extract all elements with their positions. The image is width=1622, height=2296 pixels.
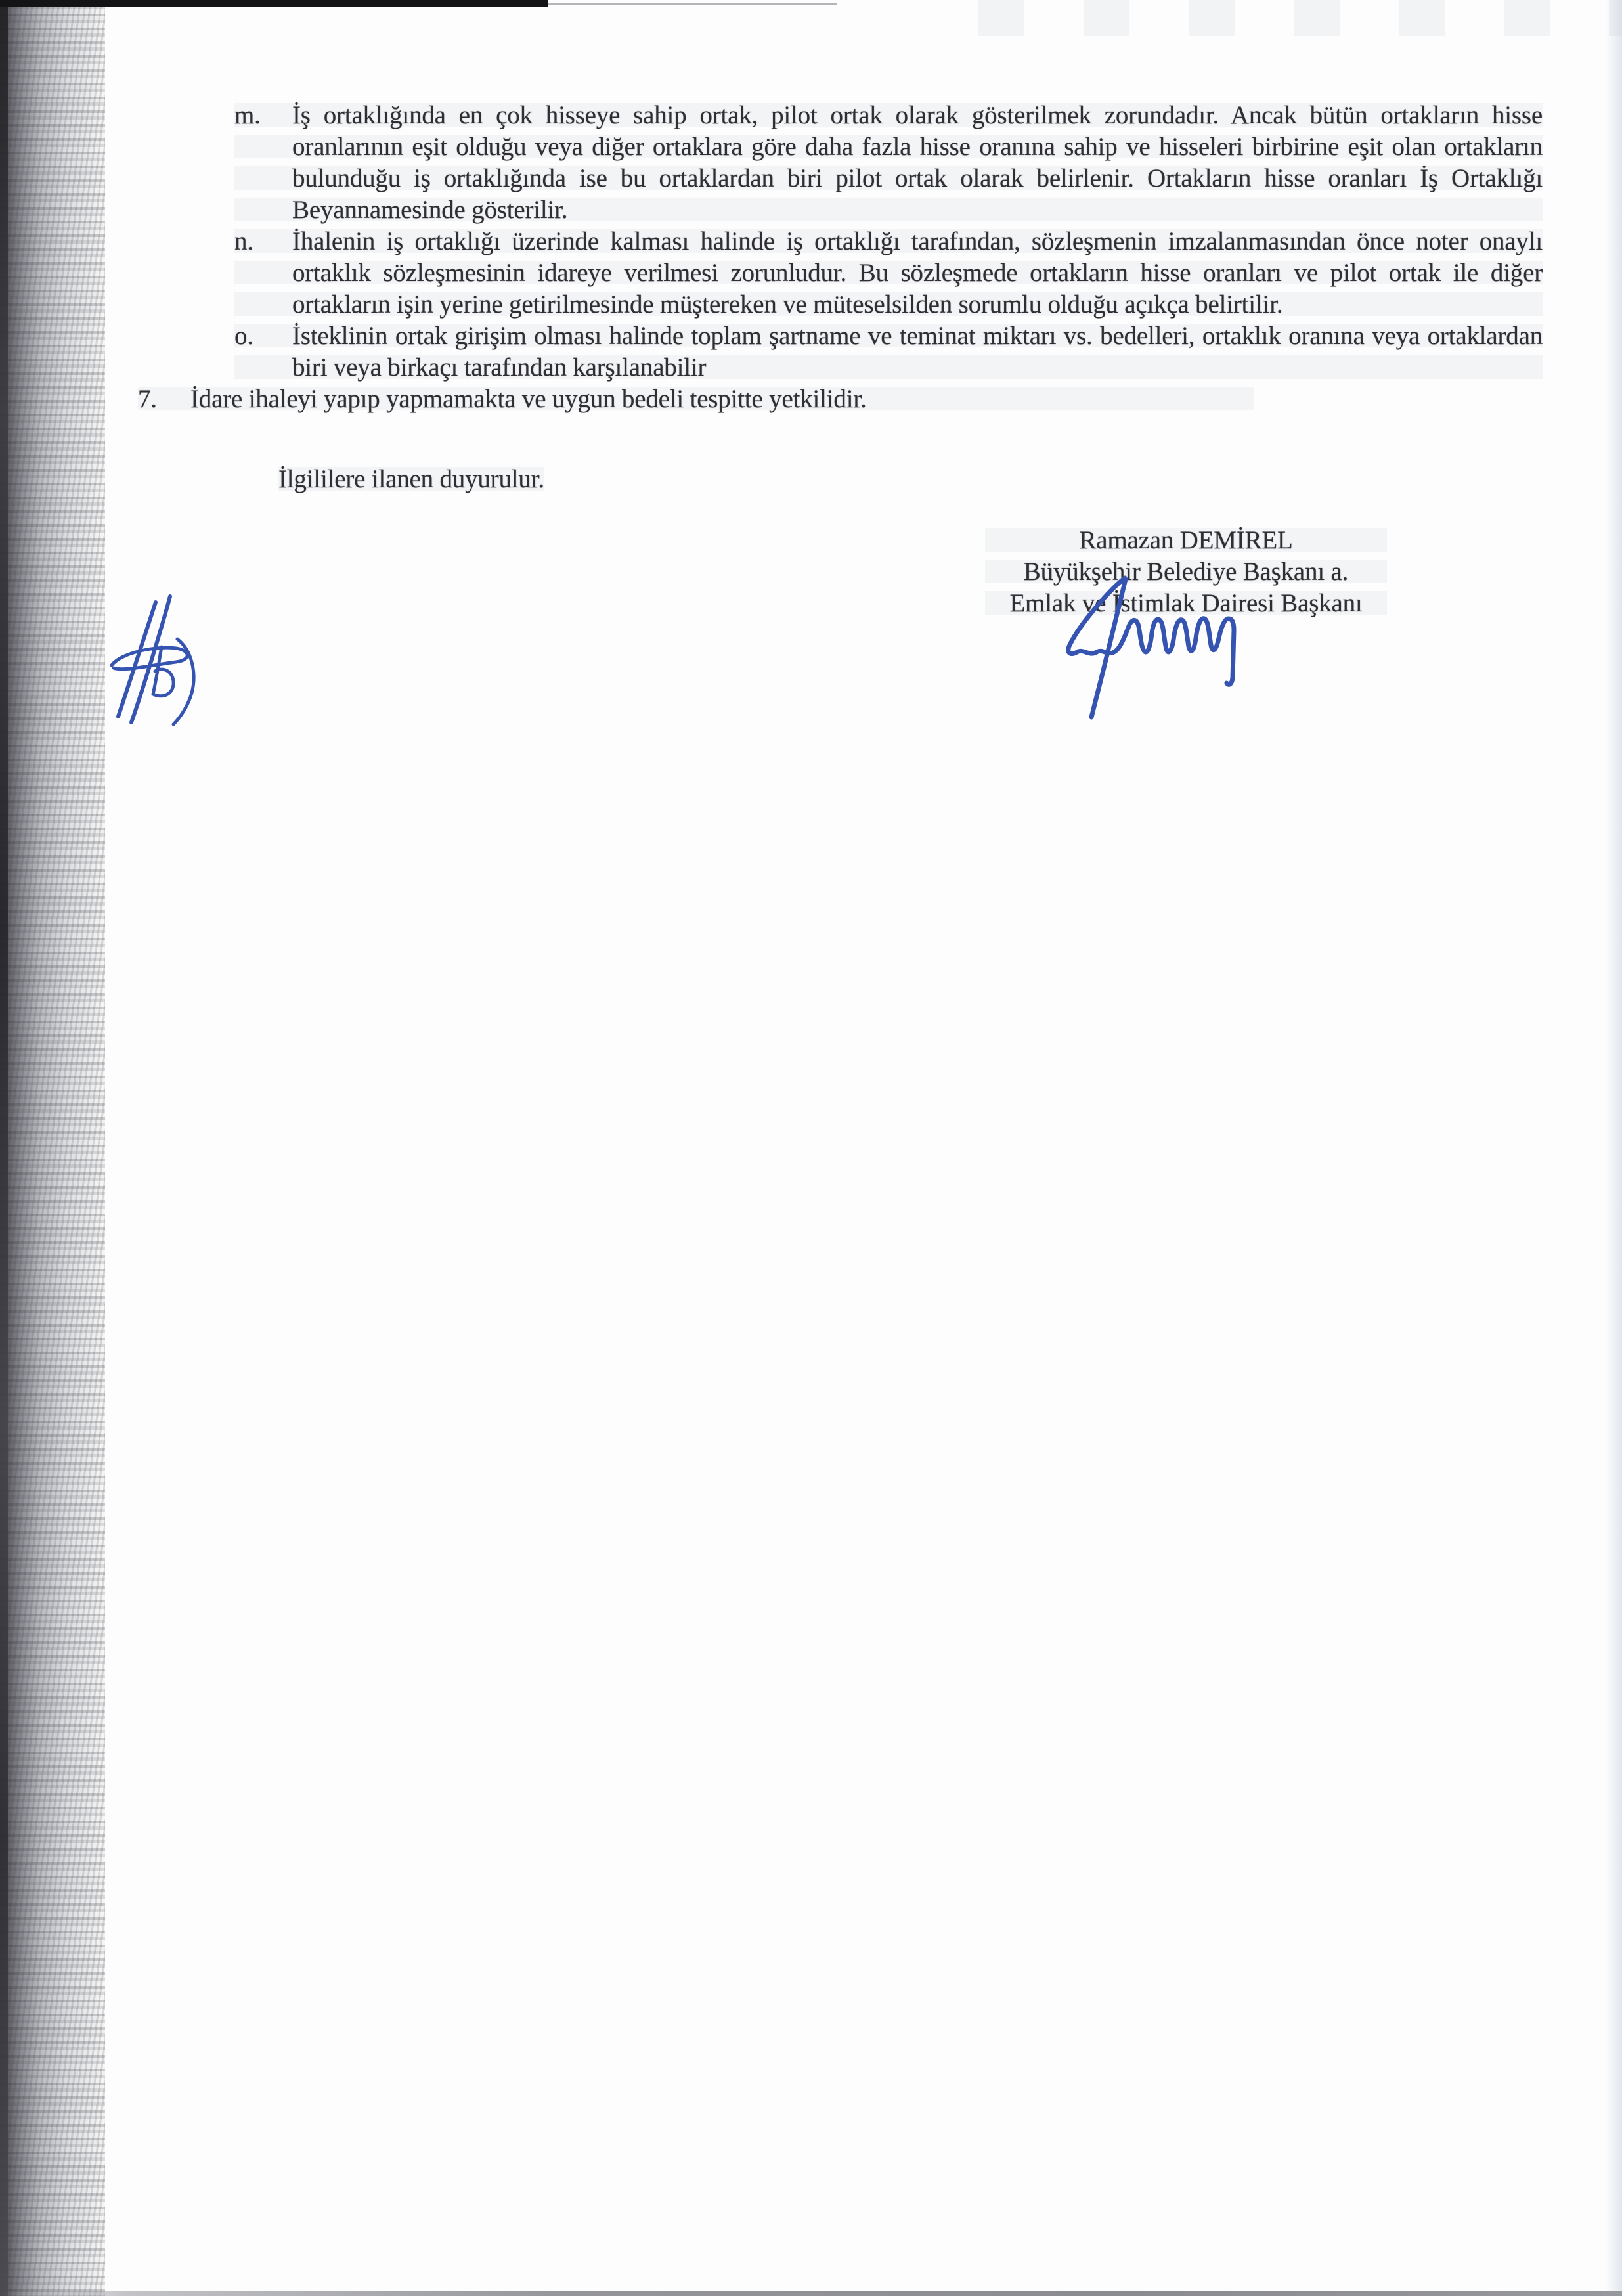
list-item-label: n.	[234, 226, 253, 257]
document-text-layer: m. İş ortaklığında en çok hisseye sahip …	[0, 0, 1622, 2296]
signature-ink	[1038, 560, 1248, 734]
initials-paraph-ink	[92, 588, 223, 736]
list-item-m: m. İş ortaklığında en çok hisseye sahip …	[234, 100, 1543, 226]
scanned-page: m. İş ortaklığında en çok hisseye sahip …	[0, 0, 1622, 2296]
list-item-label: m.	[234, 100, 261, 131]
list-item-7: 7. İdare ihaleyi yapıp yapmamakta ve uyg…	[138, 384, 1254, 415]
list-item-text: İdare ihaleyi yapıp yapmamakta ve uygun …	[190, 384, 1254, 415]
closing-line: İlgililere ilanen duyurulur.	[278, 464, 544, 495]
list-item-label: o.	[234, 320, 253, 352]
list-item-o: o. İsteklinin ortak girişim olması halin…	[234, 320, 1543, 384]
signatory-name: Ramazan DEMİREL	[985, 525, 1387, 556]
list-item-text: İhalenin iş ortaklığı üzerinde kalması h…	[292, 226, 1543, 320]
list-item-text: İş ortaklığında en çok hisseye sahip ort…	[292, 100, 1543, 226]
list-item-label: 7.	[138, 384, 157, 415]
list-item-n: n. İhalenin iş ortaklığı üzerinde kalmas…	[234, 226, 1543, 320]
list-item-text: İsteklinin ortak girişim olması halinde …	[292, 320, 1543, 384]
